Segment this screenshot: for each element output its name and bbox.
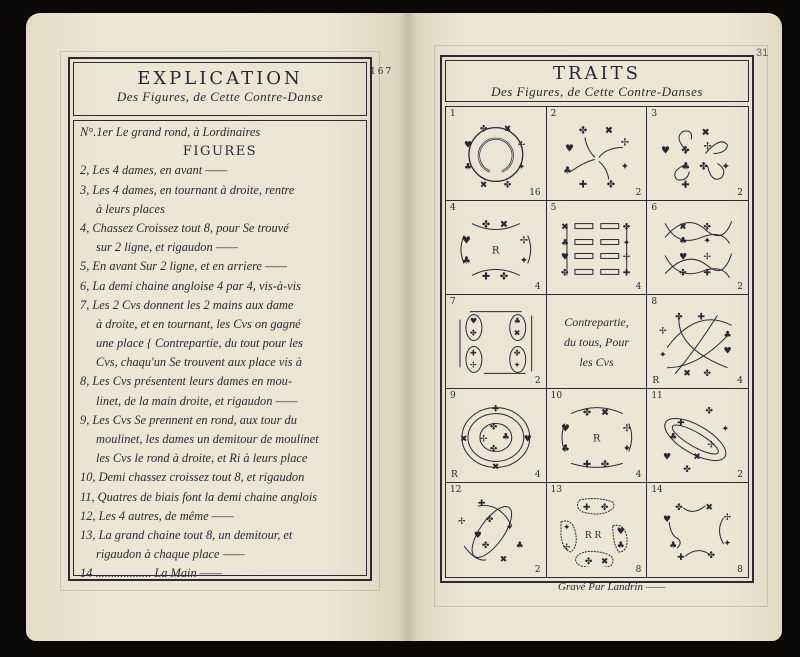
svg-text:✤: ✤ — [675, 312, 683, 322]
figure-cell-4: 4 ✤✖♥✢ ♣✦✚✤ R 4 — [446, 201, 547, 295]
figure-cell-6: 6 ✖✤♣✦ ♥✢✤✚ 2 — [647, 201, 748, 295]
moulinet-diagram: ✤✚✢♣ ✦♥✖✤ — [657, 307, 738, 378]
bar-count: 8 — [636, 565, 642, 575]
bar-count: 2 — [737, 470, 743, 480]
svg-text:✢: ✢ — [622, 424, 630, 435]
text-line: à leurs places — [80, 200, 360, 219]
svg-text:✦: ✦ — [622, 239, 630, 249]
svg-text:♥: ♥ — [661, 145, 670, 156]
text-line: 9, Les Cvs Se prennent en rond, aux tour… — [80, 411, 360, 430]
svg-text:✤: ✤ — [482, 220, 490, 231]
svg-text:✚: ✚ — [698, 312, 706, 322]
svg-text:✤: ✤ — [706, 406, 714, 416]
title-box: EXPLICATION Des Figures, de Cette Contre… — [73, 62, 367, 116]
figure-cell-5: 5 ✖✤♣✦ ♥✢✤✚ 4 — [547, 201, 648, 295]
text-line: 13, La grand chaine tout 8, un demitour,… — [80, 526, 360, 545]
chassez-diagram: ✤✖♥✢ ♣✦✚✤ R — [456, 213, 536, 284]
svg-text:✖: ✖ — [500, 555, 508, 565]
svg-text:✢: ✢ — [659, 326, 667, 336]
bar-count: 4 — [737, 376, 743, 386]
figure-cell-13: 13 ✚✤✦♥ ✢♣✤✖ R R 8 — [547, 483, 648, 577]
svg-text:♥: ♥ — [470, 317, 477, 326]
svg-text:✤: ✤ — [682, 145, 691, 156]
svg-text:✤: ✤ — [579, 126, 587, 137]
svg-text:♥: ♥ — [680, 253, 688, 263]
svg-text:✖: ✖ — [514, 329, 521, 338]
svg-text:✚: ✚ — [583, 503, 591, 513]
svg-text:R R: R R — [585, 531, 602, 541]
svg-text:✚: ✚ — [704, 269, 712, 279]
figure-number: 6 — [651, 203, 657, 213]
figure-cell-10: 10 ✤✖♥✢ ♣✦✚✤ R 4 — [547, 389, 648, 483]
svg-text:✢: ✢ — [704, 141, 713, 152]
svg-text:✦: ✦ — [518, 162, 526, 172]
svg-text:✖: ✖ — [694, 453, 702, 463]
svg-text:✖: ✖ — [684, 369, 692, 378]
svg-text:♥: ♥ — [474, 531, 482, 541]
svg-text:✢: ✢ — [480, 434, 488, 444]
svg-text:✤: ✤ — [500, 271, 508, 282]
svg-text:✦: ✦ — [704, 236, 712, 246]
svg-text:✤: ✤ — [480, 125, 488, 135]
svg-text:✤: ✤ — [583, 408, 591, 419]
text-line: 5, En avant Sur 2 ligne, et en arriere —… — [80, 257, 360, 276]
bar-count: 4 — [636, 282, 642, 292]
bar-count: 4 — [535, 470, 541, 480]
figure-cell-14: 14 ✤✖♥✢ ♣✦✚✤ 8 — [647, 483, 748, 577]
svg-text:✢: ✢ — [518, 141, 526, 151]
svg-text:✦: ✦ — [659, 351, 667, 361]
svg-text:♣: ♣ — [669, 433, 677, 443]
figure-number: 14 — [651, 485, 662, 495]
text-line: les Cvs le rond à droite, et Ri à leurs … — [80, 449, 360, 468]
svg-text:✖: ✖ — [504, 125, 512, 135]
svg-text:✦: ✦ — [724, 539, 732, 549]
bar-count: 4 — [636, 470, 642, 480]
svg-text:♥: ♥ — [616, 527, 624, 537]
figure-mark: R — [451, 470, 458, 480]
left-page: EXPLICATION Des Figures, de Cette Contre… — [26, 13, 408, 641]
svg-text:✖: ✖ — [561, 223, 569, 233]
svg-text:♣: ♣ — [680, 236, 688, 246]
svg-text:✖: ✖ — [492, 462, 500, 472]
bar-count: 8 — [737, 565, 743, 575]
svg-text:✚: ✚ — [622, 268, 630, 278]
svg-text:✖: ✖ — [600, 408, 608, 419]
text-box: N°.1er Le grand rond, à Lordinaires FIGU… — [73, 120, 367, 576]
text-line: sur 2 ligne, et rigaudon —— — [80, 238, 360, 257]
svg-text:✤: ✤ — [514, 348, 521, 357]
demi-chaine-diagram: ✖✤♣✦ ♥✢✤✚ — [657, 213, 738, 284]
figure-mark: R — [652, 376, 659, 386]
bar-count: 2 — [636, 188, 642, 198]
biais-diagram: ✤✚✦♣ ✢♥✖✤ — [657, 401, 738, 472]
text-line: linet, de la main droite, et rigaudon —— — [80, 392, 360, 411]
svg-text:♥: ♥ — [663, 453, 671, 463]
svg-text:✤: ✤ — [684, 465, 692, 472]
figure-cell-11: 11 ✤✚✦♣ ✢♥✖✤ 2 — [647, 389, 748, 483]
page-subtitle: Des Figures, de Cette Contre-Danse — [74, 89, 366, 104]
dames-avant-diagram: ✤✖♥✢ ♣✦✚✤ — [557, 119, 637, 190]
figure-number: 10 — [551, 391, 562, 401]
svg-text:✢: ✢ — [622, 252, 630, 262]
text-line: 7, Les 2 Cvs donnent les 2 mains aux dam… — [80, 296, 360, 315]
svg-text:✤: ✤ — [680, 269, 688, 279]
svg-text:✢: ✢ — [470, 360, 477, 369]
svg-text:♥: ♥ — [524, 434, 532, 444]
svg-text:✖: ✖ — [706, 503, 714, 513]
explication-frame: EXPLICATION Des Figures, de Cette Contre… — [68, 57, 372, 581]
page-title: TRAITS — [446, 64, 748, 84]
svg-text:✚: ✚ — [677, 418, 685, 428]
page-title: EXPLICATION — [74, 69, 366, 89]
engraver-credit: Gravé Par Landrin —— — [558, 581, 665, 593]
figures-heading: FIGURES — [80, 142, 360, 161]
text-line: 12, Les 4 autres, de même —— — [80, 507, 360, 526]
svg-text:✖: ✖ — [702, 127, 710, 138]
svg-text:✤: ✤ — [486, 515, 494, 525]
svg-text:✖: ✖ — [604, 126, 612, 137]
svg-text:♣: ♣ — [616, 541, 624, 551]
svg-text:✤: ✤ — [504, 180, 512, 190]
figure-cell-9: 9 ✚✖♥✖ ✤✢♣✤ R 4 — [446, 389, 547, 483]
svg-text:✚: ✚ — [583, 459, 591, 470]
text-line: une place { Contrepartie, du tout pour l… — [80, 334, 360, 353]
text-line: 11, Quatres de biais font la demi chaine… — [80, 488, 360, 507]
bar-count: 2 — [535, 376, 541, 386]
svg-text:✤: ✤ — [561, 268, 569, 278]
text-line: 14 .................. La Main —— — [80, 564, 360, 583]
title-box: TRAITS Des Figures, de Cette Contre-Dans… — [445, 60, 749, 102]
figures-grid: 1 ✤✖✢✦ ✤✖♣♥ 16 2 — [445, 106, 749, 578]
figure-number: 5 — [551, 203, 557, 213]
rond-moulinet-diagram: ✚✖♥✖ ✤✢♣✤ — [456, 401, 536, 472]
text-line: 8, Les Cvs présentent leurs dames en mou… — [80, 372, 360, 391]
lignes-diagram: ✖✤♣✦ ♥✢✤✚ — [557, 213, 637, 284]
svg-text:✚: ✚ — [677, 553, 685, 563]
svg-text:♣: ♣ — [561, 239, 569, 249]
svg-text:✖: ✖ — [600, 557, 608, 567]
svg-text:♥: ♥ — [462, 236, 471, 247]
chassez-diagram-2: ✤✖♥✢ ♣✦✚✤ R — [557, 401, 637, 472]
svg-text:✢: ✢ — [704, 253, 712, 263]
tournant-diagram: ✖♥✤✢ ♣✤✦✚ — [657, 119, 738, 190]
svg-text:✤: ✤ — [470, 329, 477, 338]
figure-cell-8: 8 ✤✚✢♣ ✦♥✖✤ R 4 — [647, 295, 748, 389]
figure-cell-2: 2 ✤✖♥✢ ♣✦✚✤ 2 — [547, 107, 648, 201]
svg-text:✢: ✢ — [520, 236, 528, 247]
svg-text:✤: ✤ — [600, 503, 608, 513]
svg-text:✤: ✤ — [585, 557, 593, 567]
bar-count: 2 — [737, 188, 743, 198]
svg-text:✖: ✖ — [500, 220, 508, 231]
svg-text:✦: ✦ — [722, 424, 730, 434]
svg-text:✤: ✤ — [704, 369, 712, 378]
svg-text:✢: ✢ — [620, 138, 628, 149]
svg-text:♣: ♣ — [502, 432, 510, 442]
svg-text:♣: ♣ — [514, 317, 521, 326]
mains-diagram: ♥✤♣✖ ✚✢✤✦ — [456, 307, 536, 378]
svg-text:✤: ✤ — [708, 551, 716, 561]
svg-text:♣: ♣ — [724, 330, 732, 340]
la-main-diagram: ✤✖♥✢ ♣✦✚✤ — [657, 495, 738, 567]
svg-text:✤: ✤ — [490, 423, 498, 433]
svg-text:♣: ♣ — [669, 541, 677, 551]
opening-line: N°.1er Le grand rond, à Lordinaires — [80, 123, 360, 142]
text-line: 10, Demi chassez croissez tout 8, et rig… — [80, 468, 360, 487]
svg-text:✖: ✖ — [480, 180, 488, 190]
svg-text:✚: ✚ — [492, 405, 500, 415]
figure-number: 7 — [450, 297, 456, 307]
svg-text:✦: ✦ — [620, 161, 628, 172]
bar-count: 2 — [535, 565, 541, 575]
text-line: à droite, et en tournant, les Cvs on gag… — [80, 315, 360, 334]
svg-text:✦: ✦ — [514, 360, 521, 369]
text-line: 6, La demi chaine angloise 4 par 4, vis-… — [80, 277, 360, 296]
svg-text:✤: ✤ — [490, 444, 498, 454]
svg-text:♣: ♣ — [516, 541, 524, 551]
text-line: rigaudon à chaque place —— — [80, 545, 360, 564]
svg-text:✢: ✢ — [724, 513, 732, 523]
svg-text:♥: ♥ — [464, 141, 472, 151]
figure-number: 12 — [450, 485, 461, 495]
svg-text:♥: ♥ — [565, 144, 574, 155]
svg-text:✢: ✢ — [563, 543, 571, 553]
svg-text:✦: ✦ — [520, 255, 528, 266]
svg-text:♥: ♥ — [561, 424, 570, 435]
figure-number: 4 — [450, 203, 456, 213]
open-book: EXPLICATION Des Figures, de Cette Contre… — [26, 13, 782, 643]
svg-text:♥: ♥ — [561, 252, 569, 262]
figure-number: 13 — [551, 485, 562, 495]
grand-chaine-diagram: ✚✤✦♥ ✢♣✤✖ R R — [557, 495, 637, 567]
svg-text:R: R — [593, 433, 601, 444]
svg-text:♣: ♣ — [561, 443, 570, 454]
svg-text:✤: ✤ — [675, 503, 683, 513]
page-subtitle: Des Figures, de Cette Contre-Danses — [446, 84, 748, 99]
figure-cell-12: 12 ✚✢✤✦ ♥✤♣✖ 2 — [446, 483, 547, 577]
svg-text:R: R — [492, 245, 500, 256]
svg-text:✚: ✚ — [470, 348, 477, 357]
svg-text:✚: ✚ — [579, 179, 587, 190]
page-number: 167 — [370, 67, 393, 77]
biais-diagram-2: ✚✢✤✦ ♥✤♣✖ — [456, 495, 536, 567]
svg-text:✖: ✖ — [460, 434, 468, 444]
svg-text:♥: ♥ — [663, 515, 671, 525]
svg-text:♣: ♣ — [682, 162, 691, 173]
svg-text:✦: ✦ — [506, 523, 514, 533]
figure-number: 2 — [551, 109, 557, 119]
svg-text:✤: ✤ — [700, 162, 709, 173]
figure-number: 1 — [450, 109, 456, 119]
figure-cell-3: 3 ✖♥✤✢ ♣✤✦✚ 2 — [647, 107, 748, 201]
svg-text:✤: ✤ — [704, 222, 712, 232]
contrepartie-text: Contrepartie, du tous, Pour les Cvs — [551, 309, 643, 374]
svg-text:♣: ♣ — [462, 255, 471, 266]
figure-cell-7: 7 ♥✤♣✖ ✚✢✤✦ 2 — [446, 295, 547, 389]
svg-text:♣: ♣ — [563, 165, 572, 176]
traits-frame: TRAITS Des Figures, de Cette Contre-Dans… — [440, 55, 754, 583]
figure-number: 3 — [651, 109, 657, 119]
text-line: 3, Les 4 dames, en tournant à droite, re… — [80, 181, 360, 200]
grand-rond-diagram: ✤✖✢✦ ✤✖♣♥ — [456, 119, 536, 190]
bar-count: 4 — [535, 282, 541, 292]
figure-number: 11 — [651, 391, 662, 401]
svg-text:✚: ✚ — [478, 499, 486, 509]
svg-text:✤: ✤ — [482, 541, 490, 551]
svg-text:✚: ✚ — [682, 180, 690, 190]
svg-text:✚: ✚ — [482, 271, 490, 282]
svg-text:♣: ♣ — [464, 162, 472, 172]
book-gutter — [398, 13, 418, 641]
figure-number: 9 — [450, 391, 456, 401]
text-line: moulinet, les dames un demitour de mouli… — [80, 430, 360, 449]
svg-text:✤: ✤ — [606, 179, 614, 190]
svg-text:✦: ✦ — [563, 523, 571, 533]
svg-text:✦: ✦ — [622, 443, 630, 454]
svg-text:✤: ✤ — [622, 223, 630, 233]
svg-text:✖: ✖ — [680, 222, 688, 232]
explication-text: N°.1er Le grand rond, à Lordinaires FIGU… — [80, 123, 360, 584]
text-line: Cvs, chaqu'un Se trouvent aux place vis … — [80, 353, 360, 372]
right-page: 31 TRAITS Des Figures, de Cette Contre-D… — [408, 13, 782, 641]
svg-text:✦: ✦ — [722, 162, 731, 173]
svg-text:♥: ♥ — [724, 347, 732, 357]
bar-count: 16 — [529, 188, 540, 198]
figure-cell-1: 1 ✤✖✢✦ ✤✖♣♥ 16 — [446, 107, 547, 201]
svg-text:✢: ✢ — [708, 441, 716, 451]
contrepartie-cell: Contrepartie, du tous, Pour les Cvs — [547, 295, 648, 389]
svg-text:✤: ✤ — [600, 459, 608, 470]
text-line: 4, Chassez Croissez tout 8, pour Se trou… — [80, 219, 360, 238]
svg-text:✢: ✢ — [458, 517, 466, 527]
bar-count: 2 — [737, 282, 743, 292]
text-line: 2, Les 4 dames, en avant —— — [80, 161, 360, 180]
figure-number: 8 — [651, 297, 657, 307]
